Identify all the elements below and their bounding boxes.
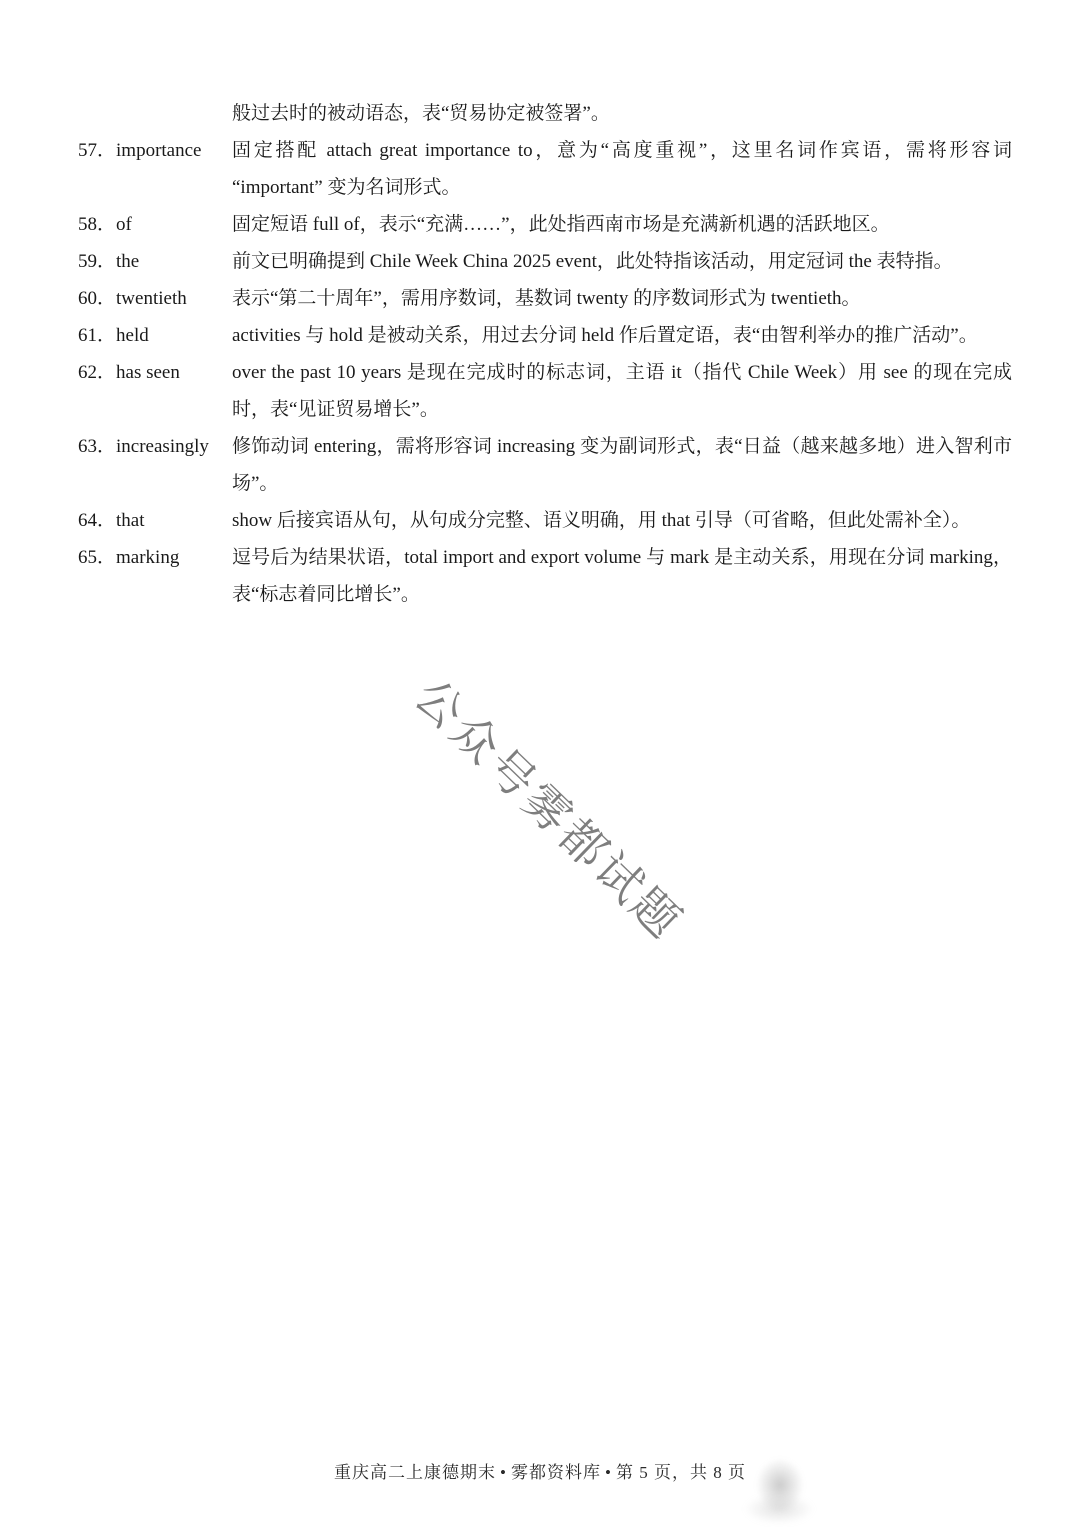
item-label: 63．increasingly <box>78 428 232 465</box>
item-explanation: over the past 10 years 是现在完成时的标志词，主语 it（… <box>232 354 1012 428</box>
item-label: 57．importance <box>78 132 232 169</box>
item-number: 63． <box>78 428 116 465</box>
item-explanation: show 后接宾语从句，从句成分完整、语义明确，用 that 引导（可省略，但此… <box>232 502 1012 539</box>
answer-key-section: 般过去时的被动语态，表“贸易协定被签署”。 57．importance 固定搭配… <box>78 95 1012 613</box>
item-answer: increasingly <box>116 428 209 465</box>
item-number: 58． <box>78 206 116 243</box>
item-explanation: 前文已明确提到 Chile Week China 2025 event，此处特指… <box>232 243 1012 280</box>
answer-item: 57．importance 固定搭配 attach great importan… <box>78 132 1012 206</box>
answer-item: 61．held activities 与 hold 是被动关系，用过去分词 he… <box>78 317 1012 354</box>
item-number: 59． <box>78 243 116 280</box>
item-number: 57． <box>78 132 116 169</box>
answer-item: 62．has seen over the past 10 years 是现在完成… <box>78 354 1012 428</box>
answer-item: 58．of 固定短语 full of，表示“充满……”，此处指西南市场是充满新机… <box>78 206 1012 243</box>
item-label: 61．held <box>78 317 232 354</box>
item-answer: of <box>116 206 132 243</box>
answer-item: 60．twentieth 表示“第二十周年”，需用序数词，基数词 twenty … <box>78 280 1012 317</box>
diagonal-watermark: 公众号雾都试题 <box>402 662 700 953</box>
item-explanation: 逗号后为结果状语，total import and export volume … <box>232 539 1012 613</box>
item-explanation: 固定搭配 attach great importance to，意为“高度重视”… <box>232 132 1012 206</box>
item-label: 65．marking <box>78 539 232 576</box>
item-answer: importance <box>116 132 201 169</box>
footer-separator: • <box>601 1463 616 1482</box>
answer-item: 64．that show 后接宾语从句，从句成分完整、语义明确，用 that 引… <box>78 502 1012 539</box>
footer-page-info: 第 5 页，共 8 页 <box>616 1463 746 1482</box>
footer-source: 雾都资料库 <box>511 1463 601 1482</box>
answer-item: 63．increasingly 修饰动词 entering，需将形容词 incr… <box>78 428 1012 502</box>
document-page: 般过去时的被动语态，表“贸易协定被签署”。 57．importance 固定搭配… <box>0 0 1080 1527</box>
item-number: 61． <box>78 317 116 354</box>
footer-separator: • <box>496 1463 511 1482</box>
item-number: 60． <box>78 280 116 317</box>
item-explanation: 固定短语 full of，表示“充满……”，此处指西南市场是充满新机遇的活跃地区… <box>232 206 1012 243</box>
item-label: 59．the <box>78 243 232 280</box>
page-footer: 重庆高二上康德期末•雾都资料库•第 5 页，共 8 页 <box>0 1458 1080 1483</box>
item-label: 60．twentieth <box>78 280 232 317</box>
item-label: 62．has seen <box>78 354 232 391</box>
item-number: 62． <box>78 354 116 391</box>
answer-item: 65．marking 逗号后为结果状语，total import and exp… <box>78 539 1012 613</box>
item-explanation: 修饰动词 entering，需将形容词 increasing 变为副词形式，表“… <box>232 428 1012 502</box>
item-answer: twentieth <box>116 280 187 317</box>
item-label: 58．of <box>78 206 232 243</box>
scan-smudge <box>744 1494 814 1524</box>
item-explanation: activities 与 hold 是被动关系，用过去分词 held 作后置定语… <box>232 317 1012 354</box>
item-answer: held <box>116 317 149 354</box>
item-number: 65． <box>78 539 116 576</box>
footer-exam-title: 重庆高二上康德期末 <box>334 1463 496 1482</box>
item-explanation: 表示“第二十周年”，需用序数词，基数词 twenty 的序数词形式为 twent… <box>232 280 1012 317</box>
answer-item: 59．the 前文已明确提到 Chile Week China 2025 eve… <box>78 243 1012 280</box>
item-answer: that <box>116 502 145 539</box>
item-answer: has seen <box>116 354 180 391</box>
item-number: 64． <box>78 502 116 539</box>
item-answer: the <box>116 243 139 280</box>
explanation-continuation: 般过去时的被动语态，表“贸易协定被签署”。 <box>78 95 1012 132</box>
item-label: 64．that <box>78 502 232 539</box>
item-answer: marking <box>116 539 179 576</box>
